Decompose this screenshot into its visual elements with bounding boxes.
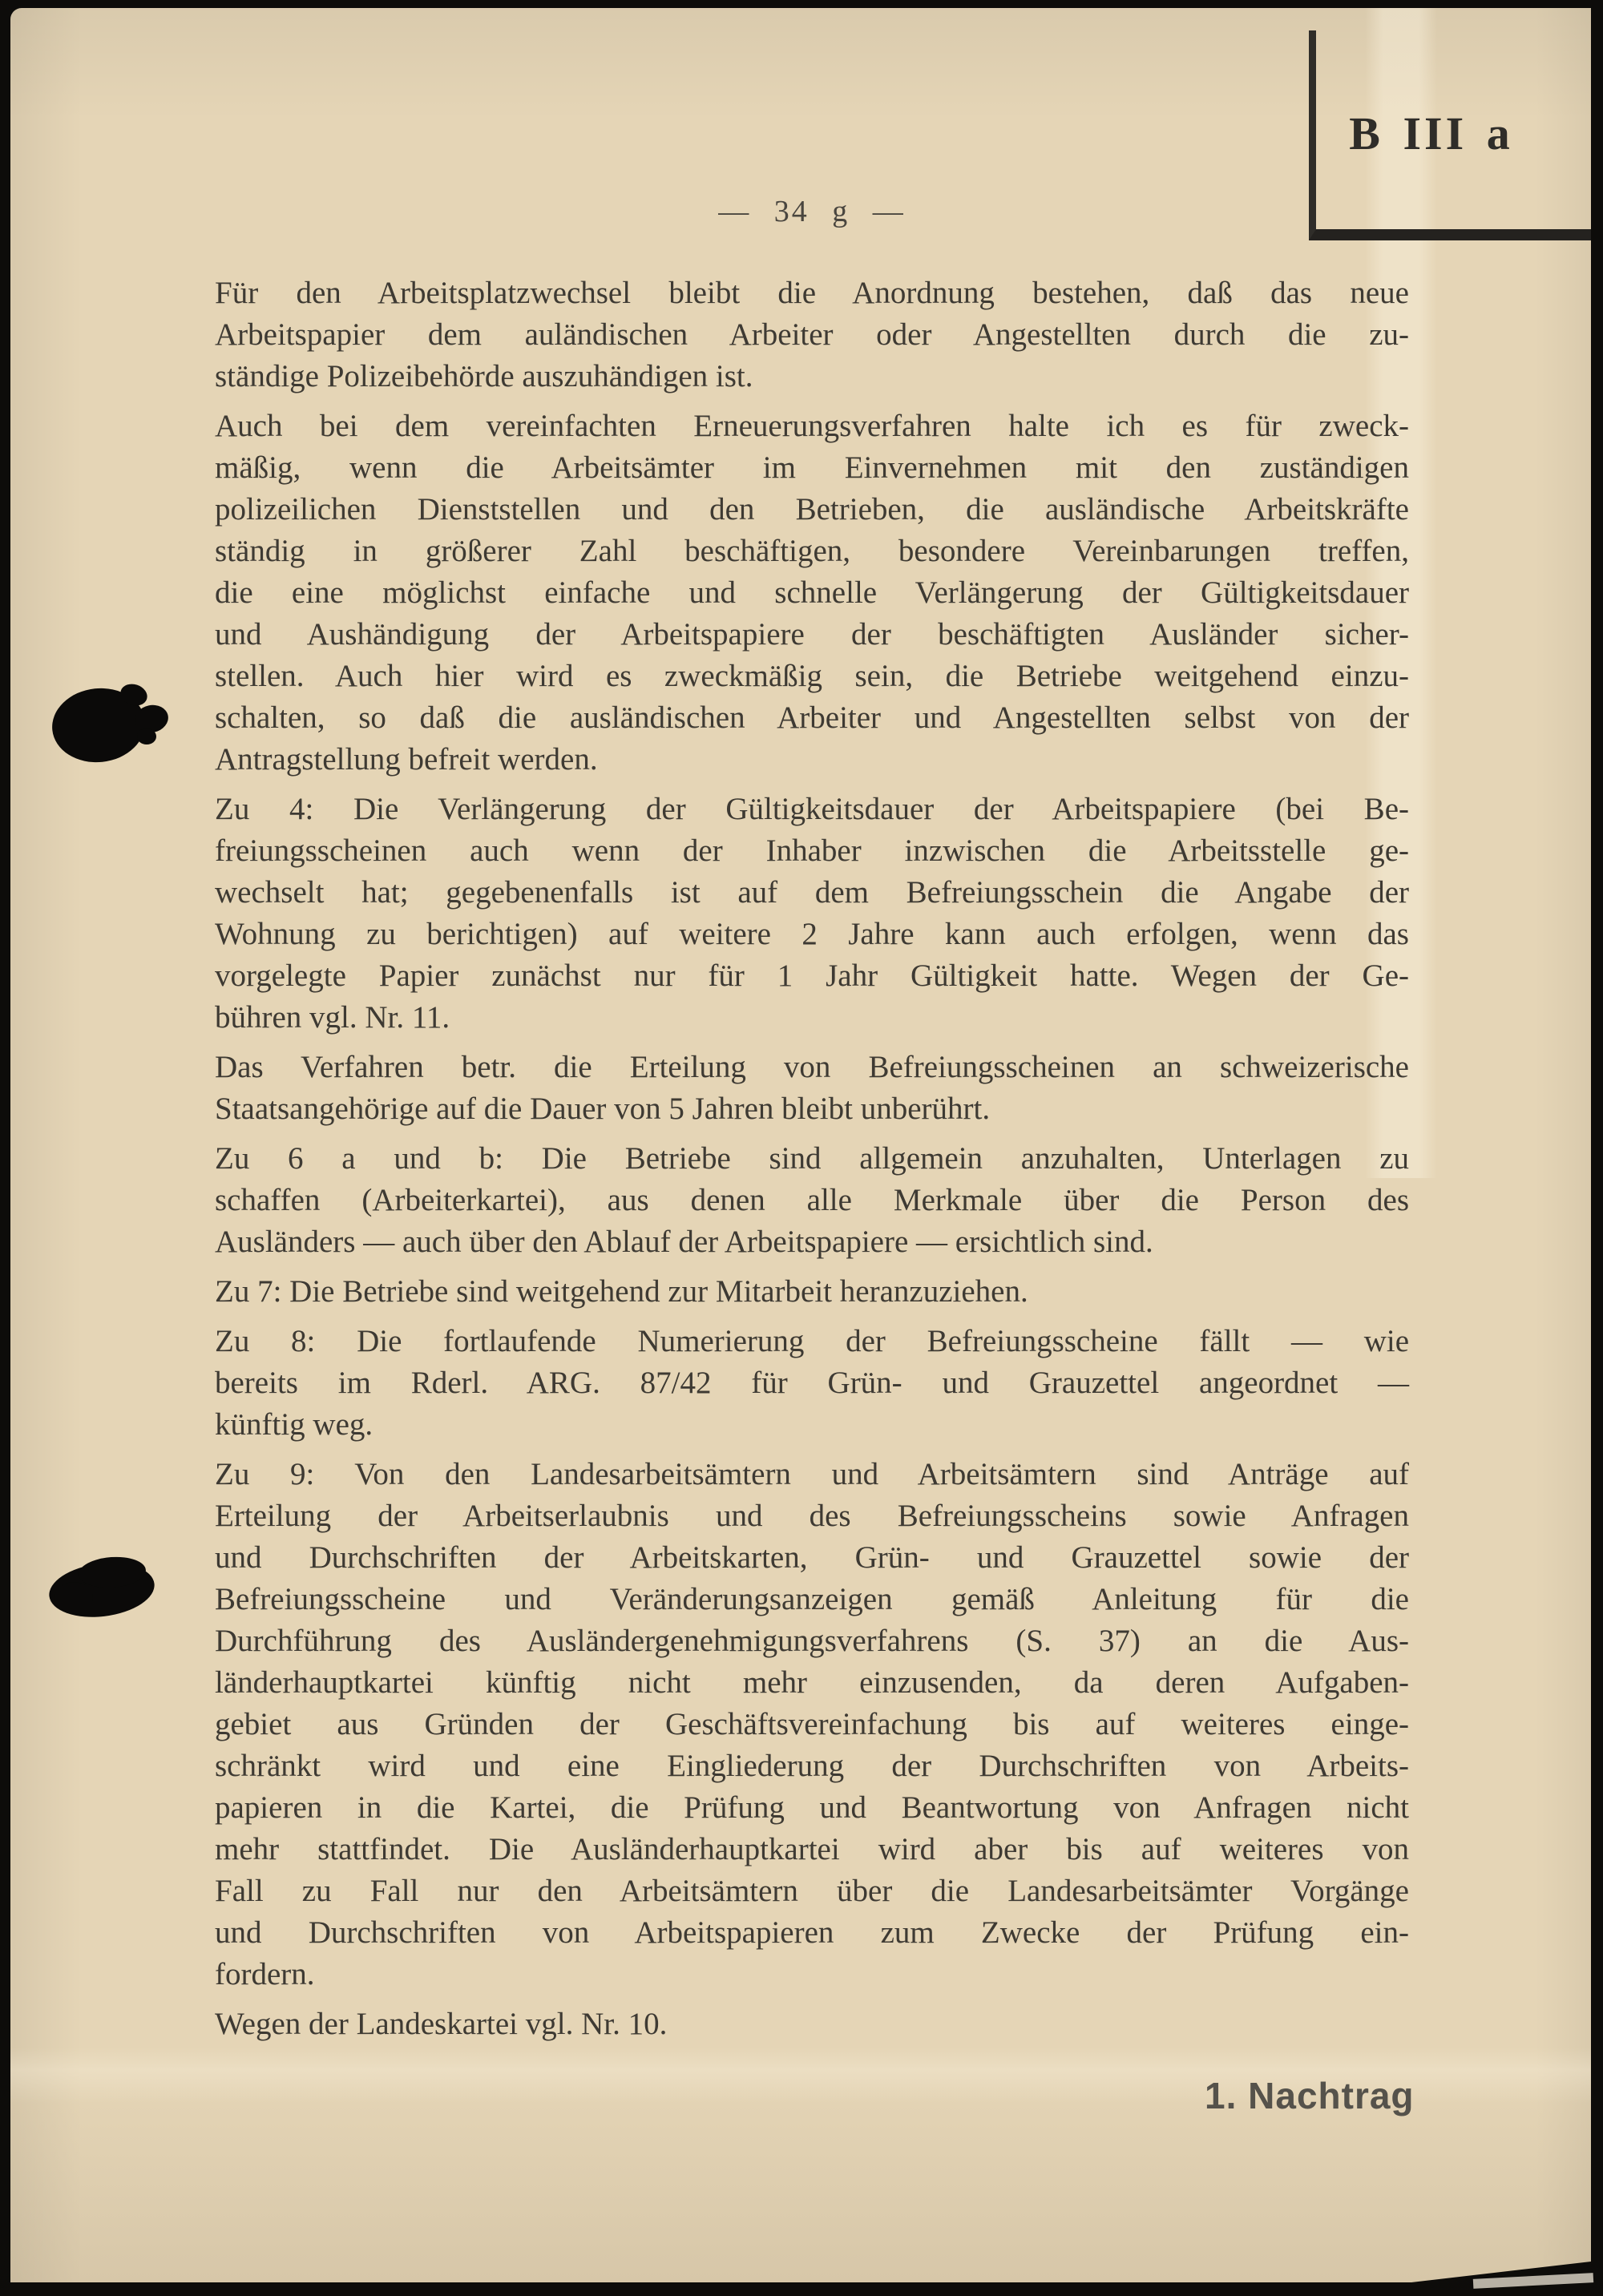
text-line: Ausländers — auch über den Ablauf der Ar… [215, 1221, 1409, 1263]
paragraph: Zu 9: Von den Landesarbeitsämtern und Ar… [215, 1454, 1409, 1995]
text-line: Zu 4: Die Verlängerung der Gültigkeitsda… [215, 789, 1409, 830]
document-body: Für den Arbeitsplatzwechsel bleibt die A… [215, 272, 1409, 2053]
paragraph: Zu 6 a und b: Die Betriebe sind allgemei… [215, 1138, 1409, 1263]
text-line: bühren vgl. Nr. 11. [215, 997, 1409, 1039]
paragraph: Wegen der Landeskartei vgl. Nr. 10. [215, 2003, 1409, 2045]
text-line: Wohnung zu berichtigen) auf weitere 2 Ja… [215, 914, 1409, 955]
text-line: Durchführung des Ausländergenehmigungsve… [215, 1620, 1409, 1662]
text-line: gebiet aus Gründen der Geschäftsvereinfa… [215, 1704, 1409, 1745]
text-line: künftig weg. [215, 1404, 1409, 1446]
text-line: freiungsscheinen auch wenn der Inhaber i… [215, 830, 1409, 872]
text-line: polizeilichen Dienststellen und den Betr… [215, 489, 1409, 531]
text-line: vorgelegte Papier zunächst nur für 1 Jah… [215, 955, 1409, 997]
text-line: und Durchschriften der Arbeitskarten, Gr… [215, 1537, 1409, 1579]
text-line: Zu 8: Die fortlaufende Numerierung der B… [215, 1321, 1409, 1362]
text-line: Auch bei dem vereinfachten Erneuerungsve… [215, 406, 1409, 447]
paragraph: Zu 7: Die Betriebe sind weitgehend zur M… [215, 1271, 1409, 1313]
text-line: papieren in die Kartei, die Prüfung und … [215, 1787, 1409, 1829]
paragraph: Auch bei dem vereinfachten Erneuerungsve… [215, 406, 1409, 781]
text-line: schränkt wird und eine Eingliederung der… [215, 1745, 1409, 1787]
paragraph: Zu 4: Die Verlängerung der Gültigkeitsda… [215, 789, 1409, 1039]
text-line: Das Verfahren betr. die Erteilung von Be… [215, 1047, 1409, 1088]
text-line: fordern. [215, 1954, 1409, 1995]
paragraph: Für den Arbeitsplatzwechsel bleibt die A… [215, 272, 1409, 397]
text-line: Erteilung der Arbeitserlaubnis und des B… [215, 1495, 1409, 1537]
text-line: bereits im Rderl. ARG. 87/42 für Grün- u… [215, 1362, 1409, 1404]
text-line: wechselt hat; gegebenenfalls ist auf dem… [215, 872, 1409, 914]
text-line: ständige Polizeibehörde auszuhändigen is… [215, 356, 1409, 397]
text-line: Für den Arbeitsplatzwechsel bleibt die A… [215, 272, 1409, 314]
document-page: B III a — 34 g — Für den Arbeitsplatzwec… [10, 8, 1591, 2282]
torn-corner-sliver [1473, 2273, 1593, 2289]
text-line: die eine möglichst einfache und schnelle… [215, 572, 1409, 614]
text-line: Antragstellung befreit werden. [215, 739, 1409, 781]
text-line: mäßig, wenn die Arbeitsämter im Einverne… [215, 447, 1409, 489]
text-line: Zu 7: Die Betriebe sind weitgehend zur M… [215, 1271, 1409, 1313]
text-line: Zu 6 a und b: Die Betriebe sind allgemei… [215, 1138, 1409, 1180]
text-line: länderhauptkartei künftig nicht mehr ein… [215, 1662, 1409, 1704]
paragraph: Das Verfahren betr. die Erteilung von Be… [215, 1047, 1409, 1130]
ink-blot [44, 677, 172, 769]
classification-stamp: B III a [1349, 107, 1512, 160]
page-number: — 34 g — [215, 194, 1409, 229]
text-line: Fall zu Fall nur den Arbeitsämtern über … [215, 1870, 1409, 1912]
text-line: Arbeitspapier dem auländischen Arbeiter … [215, 314, 1409, 356]
scan-background: B III a — 34 g — Für den Arbeitsplatzwec… [0, 0, 1603, 2296]
text-line: schalten, so daß die ausländischen Arbei… [215, 697, 1409, 739]
text-line: und Aushändigung der Arbeitspapiere der … [215, 614, 1409, 656]
text-line: stellen. Auch hier wird es zweckmäßig se… [215, 656, 1409, 697]
text-line: ständig in größerer Zahl beschäftigen, b… [215, 531, 1409, 572]
text-line: Wegen der Landeskartei vgl. Nr. 10. [215, 2003, 1409, 2045]
text-line: Staatsangehörige auf die Dauer von 5 Jah… [215, 1088, 1409, 1130]
text-line: mehr stattfindet. Die Ausländerhauptkart… [215, 1829, 1409, 1870]
text-line: schaffen (Arbeiterkartei), aus denen all… [215, 1180, 1409, 1221]
footer-label: 1. Nachtrag [1205, 2074, 1415, 2117]
text-line: Zu 9: Von den Landesarbeitsämtern und Ar… [215, 1454, 1409, 1495]
ink-blot [42, 1548, 170, 1628]
paragraph: Zu 8: Die fortlaufende Numerierung der B… [215, 1321, 1409, 1446]
text-line: Befreiungsscheine und Veränderungsanzeig… [215, 1579, 1409, 1620]
text-line: und Durchschriften von Arbeitspapieren z… [215, 1912, 1409, 1954]
